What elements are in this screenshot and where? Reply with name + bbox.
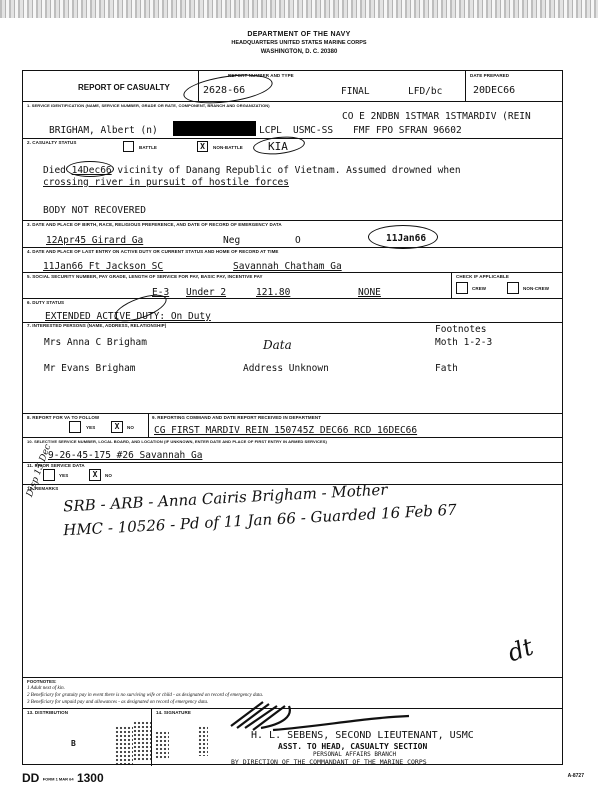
incentive-pay: NONE: [358, 287, 381, 298]
divider: [23, 413, 562, 414]
address-line: WASHINGTON, D. C. 20380: [0, 48, 598, 57]
crew-checkbox[interactable]: [456, 282, 468, 294]
form-title: REPORT OF CASUALTY: [78, 83, 170, 92]
punch-dots: [198, 726, 208, 756]
service-member-name: BRIGHAM, Albert (n): [49, 125, 158, 136]
department-line: DEPARTMENT OF THE NAVY: [0, 30, 598, 39]
divider: [465, 71, 466, 101]
birth-date-place: 12Apr45 Girard Ga: [46, 235, 143, 246]
footnotes-heading: Footnotes: [435, 324, 486, 335]
person-name: Mrs Anna C Brigham: [44, 337, 147, 348]
field1-label: 1. SERVICE IDENTIFICATION (Name, Service…: [27, 103, 270, 108]
divider: [23, 462, 562, 463]
date-prepared: 20DEC66: [473, 85, 515, 96]
basic-pay: 121.80: [256, 287, 290, 298]
circumstances-text: vicinity of Danang Republic of Vietnam. …: [112, 165, 461, 176]
field5-label: 5. SOCIAL SECURITY NUMBER, PAY GRADE, LE…: [27, 274, 263, 279]
field14-label: 14. SIGNATURE: [156, 710, 191, 715]
va-no-checkbox[interactable]: X: [111, 421, 123, 433]
signer-position: ASST. TO HEAD, CASUALTY SECTION: [278, 742, 427, 751]
organization-line2: FMF FPO SFRAN 96602: [353, 125, 462, 136]
crew-label: CREW: [472, 286, 486, 291]
reporting-command: CG FIRST MARDIV REIN 150745Z DEC66 RCD 1…: [154, 425, 417, 436]
field8-label: 8. REPORT FOR VA TO FOLLOW: [27, 415, 99, 420]
nonbattle-label: NON-BATTLE: [213, 145, 243, 150]
component: USMC-SS: [293, 125, 333, 136]
form-id: 1300: [77, 771, 104, 785]
signer-branch: PERSONAL AFFAIRS BRANCH: [313, 751, 396, 758]
prior-yes-checkbox[interactable]: [43, 469, 55, 481]
redacted-service-number: [173, 121, 256, 136]
signer-authority: BY DIRECTION OF THE COMMANDANT OF THE MA…: [231, 758, 427, 766]
entry-date-place: 11Jan66 Ft Jackson SC: [43, 261, 163, 272]
prior-yes-label: YES: [59, 473, 68, 478]
circumstances-line2: crossing river in pursuit of hostile for…: [43, 177, 289, 188]
form-edition: FORM 1 MAR 64: [43, 776, 74, 781]
field10-label: 10. SELECTIVE SERVICE NUMBER, LOCAL BOAR…: [27, 439, 327, 444]
report-number: 2628-66: [203, 85, 245, 96]
document-header: DEPARTMENT OF THE NAVY HEADQUARTERS UNIT…: [0, 30, 598, 57]
headquarters-line: HEADQUARTERS UNITED STATES MARINE CORPS: [0, 39, 598, 48]
battle-checkbox[interactable]: [123, 141, 134, 152]
divider: [23, 298, 562, 299]
religion: O: [295, 235, 301, 246]
length-of-service: Under 2: [186, 287, 226, 298]
person-relationship: Fath: [435, 363, 458, 374]
signer-name-title: H. L. SEBENS, SECOND LIEUTENANT, USMC: [251, 730, 474, 741]
footnote-1: 1 Adult next of kin.: [27, 686, 65, 691]
field2-label: 2. CASUALTY STATUS: [27, 140, 76, 145]
casualty-report-form: REPORT OF CASUALTY REPORT NUMBER AND TYP…: [22, 70, 563, 765]
home-of-record: Savannah Chatham Ga: [233, 261, 342, 272]
initials: LFD/bc: [408, 86, 442, 97]
punch-dots: [133, 721, 151, 761]
selective-service: 9-26-45-175 #26 Savannah Ga: [48, 450, 202, 461]
person-address: Address Unknown: [243, 363, 329, 374]
document-code: A-8727: [568, 773, 584, 779]
form-prefix: DD: [22, 771, 39, 785]
organization-line1: CO E 2NDBN 1STMAR 1STMARDIV (REIN: [342, 111, 531, 122]
prior-no-checkbox[interactable]: X: [89, 469, 101, 481]
handwritten-annotation: Data: [263, 338, 292, 352]
punch-dots: [115, 726, 133, 766]
noncrew-checkbox[interactable]: [507, 282, 519, 294]
scan-artifact-band: [0, 0, 598, 18]
va-yes-checkbox[interactable]: [69, 421, 81, 433]
divider: [23, 101, 562, 102]
va-no-label: NO: [127, 425, 134, 430]
divider: [23, 437, 562, 438]
field7-label: 7. INTERESTED PERSONS (Name, Address, Re…: [27, 323, 166, 328]
divider: [23, 247, 562, 248]
field3-label: 3. DATE AND PLACE OF BIRTH, RACE, RELIGI…: [27, 222, 282, 227]
field9-label: 9. REPORTING COMMAND AND DATE REPORT REC…: [152, 415, 321, 420]
emergency-data-date: 11Jan66: [386, 233, 426, 244]
distribution-code: B: [71, 739, 76, 748]
va-yes-label: YES: [86, 425, 95, 430]
grade: LCPL: [259, 125, 282, 136]
check-if-applicable-label: CHECK IF APPLICABLE: [456, 274, 509, 279]
duty-status: EXTENDED ACTIVE DUTY: On Duty: [45, 311, 211, 322]
divider: [23, 677, 562, 678]
form-number: DD FORM 1 MAR 64 1300: [22, 771, 104, 785]
prior-no-label: NO: [105, 473, 112, 478]
circle-mark: [66, 161, 114, 177]
footnotes-label: FOOTNOTES:: [27, 679, 57, 684]
noncrew-label: NON-CREW: [523, 286, 549, 291]
body-status: BODY NOT RECOVERED: [43, 205, 146, 216]
race: Neg: [223, 235, 240, 246]
divider: [451, 272, 452, 298]
person-relationship: Moth 1-2-3: [435, 337, 492, 348]
field13-label: 13. DISTRIBUTION: [27, 710, 68, 715]
person-name: Mr Evans Brigham: [44, 363, 136, 374]
report-type: FINAL: [341, 86, 370, 97]
divider: [151, 708, 152, 766]
date-prepared-label: DATE PREPARED: [470, 73, 509, 78]
nonbattle-checkbox[interactable]: X: [197, 141, 208, 152]
footnote-3: 3 Beneficiary for unpaid pay and allowan…: [27, 700, 208, 705]
battle-label: BATTLE: [139, 145, 157, 150]
divider: [23, 220, 562, 221]
divider: [148, 413, 149, 437]
divider: [23, 272, 562, 273]
punch-dots: [155, 731, 169, 759]
field4-label: 4. DATE AND PLACE OF LAST ENTRY ON ACTIV…: [27, 249, 279, 254]
field6-label: 6. DUTY STATUS: [27, 300, 64, 305]
remarks-initial: dt: [504, 633, 537, 668]
status-code: KIA: [268, 140, 288, 153]
